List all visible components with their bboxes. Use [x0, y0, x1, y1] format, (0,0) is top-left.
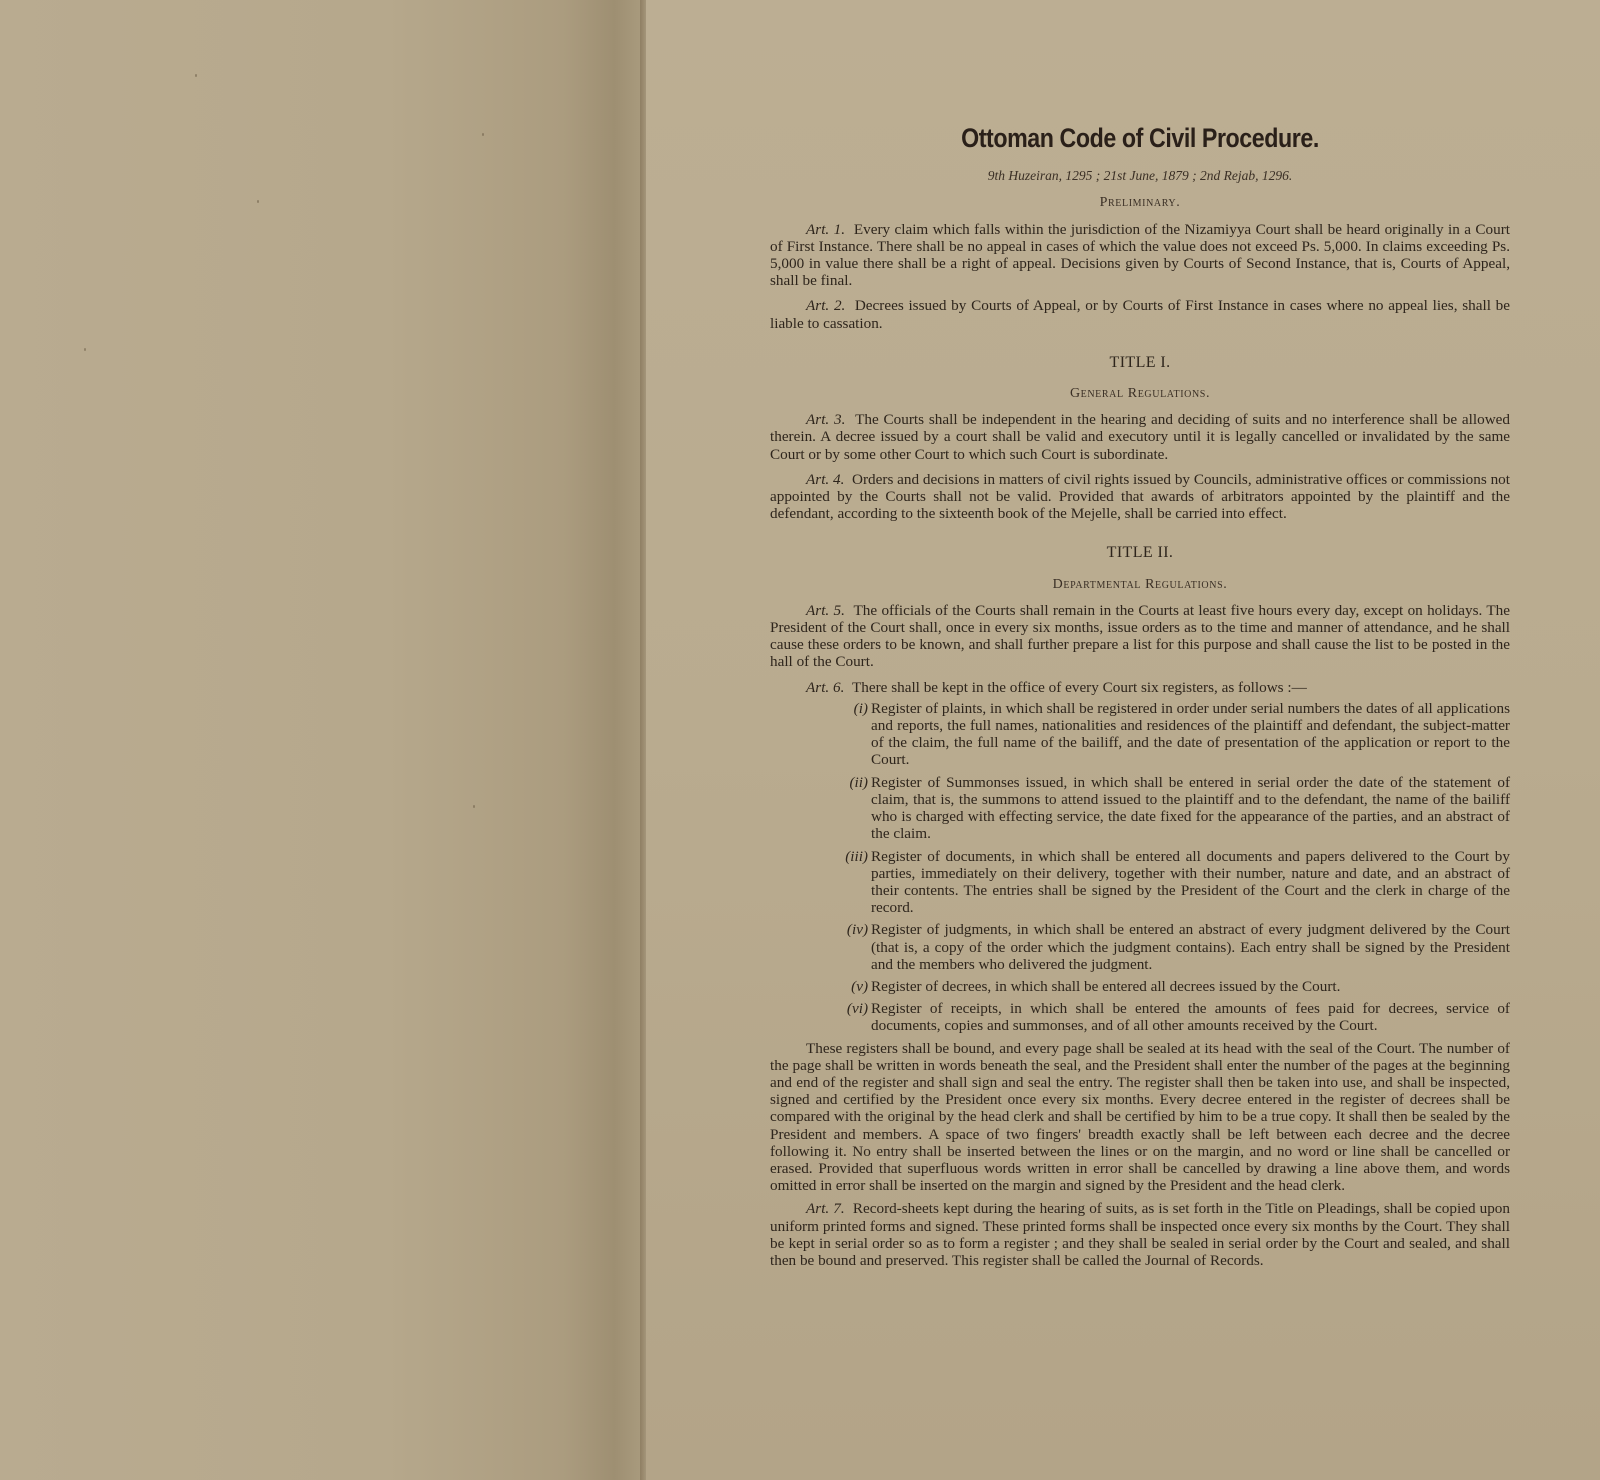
article-text: Every claim which falls within the juris… — [770, 221, 1510, 290]
register-number: (vi) — [818, 1000, 868, 1017]
article-5: Art. 5. The officials of the Courts shal… — [770, 602, 1510, 671]
article-text: Orders and decisions in matters of civil… — [770, 471, 1510, 522]
register-item: (v)Register of decrees, in which shall b… — [770, 978, 1510, 995]
title-2-heading: TITLE II. — [770, 544, 1510, 561]
document-dateline: 9th Huzeiran, 1295 ; 21st June, 1879 ; 2… — [770, 167, 1510, 184]
article-4: Art. 4. Orders and decisions in matters … — [770, 471, 1510, 523]
paper-speck — [257, 200, 259, 203]
document-text: Ottoman Code of Civil Procedure. 9th Huz… — [770, 130, 1510, 1277]
register-number: (v) — [818, 978, 868, 995]
register-item: (i)Register of plaints, in which shall b… — [770, 700, 1510, 769]
register-number: (iii) — [818, 848, 868, 865]
article-2: Art. 2. Decrees issued by Courts of Appe… — [770, 297, 1510, 331]
article-6-closing-paragraph: These registers shall be bound, and ever… — [770, 1040, 1510, 1195]
article-label: Art. 3. — [806, 411, 845, 428]
register-number: (iv) — [818, 921, 868, 938]
register-item: (vi)Register of receipts, in which shall… — [770, 1000, 1510, 1034]
register-list: (i)Register of plaints, in which shall b… — [770, 700, 1510, 1035]
register-text: Register of plaints, in which shall be r… — [871, 700, 1510, 769]
paper-speck — [84, 348, 86, 351]
article-text: Record-sheets kept during the hearing of… — [770, 1200, 1510, 1269]
left-page-blank — [0, 0, 640, 1480]
register-number: (ii) — [818, 774, 868, 791]
article-label: Art. 6. — [806, 679, 844, 696]
article-6: Art. 6. There shall be kept in the offic… — [770, 679, 1510, 696]
register-item: (iv)Register of judgments, in which shal… — [770, 921, 1510, 973]
register-item: (iii)Register of documents, in which sha… — [770, 848, 1510, 917]
register-number: (i) — [818, 700, 868, 717]
register-text: Register of receipts, in which shall be … — [871, 1000, 1510, 1034]
section-heading-preliminary: Preliminary. — [770, 194, 1510, 211]
register-text: Register of documents, in which shall be… — [871, 848, 1510, 917]
article-3: Art. 3. The Courts shall be independent … — [770, 411, 1510, 463]
article-text: The officials of the Courts shall remain… — [770, 602, 1510, 671]
document-title: Ottoman Code of Civil Procedure. — [822, 130, 1458, 147]
article-label: Art. 4. — [806, 471, 844, 488]
article-7: Art. 7. Record-sheets kept during the he… — [770, 1200, 1510, 1269]
article-1: Art. 1. Every claim which falls within t… — [770, 221, 1510, 290]
article-text: There shall be kept in the office of eve… — [852, 679, 1307, 696]
paper-speck — [195, 74, 197, 77]
article-label: Art. 2. — [806, 297, 845, 314]
article-text: The Courts shall be independent in the h… — [770, 411, 1510, 462]
article-label: Art. 1. — [806, 221, 845, 238]
section-heading-departmental-regulations: Departmental Regulations. — [770, 576, 1510, 593]
section-heading-general-regulations: General Regulations. — [770, 385, 1510, 402]
title-1-heading: TITLE I. — [770, 354, 1510, 371]
paper-speck — [482, 133, 484, 136]
register-text: Register of Summonses issued, in which s… — [871, 774, 1510, 843]
paper-speck — [473, 805, 475, 808]
article-label: Art. 7. — [806, 1200, 845, 1217]
article-text: Decrees issued by Courts of Appeal, or b… — [770, 297, 1510, 331]
register-text: Register of decrees, in which shall be e… — [871, 978, 1340, 995]
register-item: (ii)Register of Summonses issued, in whi… — [770, 774, 1510, 843]
article-label: Art. 5. — [806, 602, 845, 619]
register-text: Register of judgments, in which shall be… — [871, 921, 1510, 972]
